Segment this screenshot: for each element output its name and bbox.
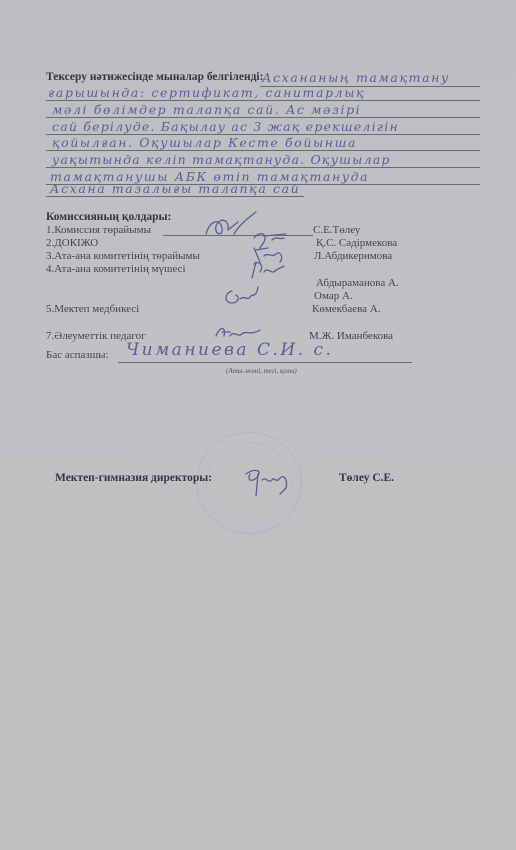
member-role-1: 1.Комиссия төрайымы xyxy=(46,224,151,236)
handwritten-line-4: сай берілуде. Бақылау ас 3 жақ ерекшеліг… xyxy=(52,119,399,134)
findings-rule-3 xyxy=(46,117,480,118)
member-name-1: С.Е.Төлеу xyxy=(313,224,360,236)
member-name-6: Көмекбаева А. xyxy=(312,303,381,315)
handwritten-line-3: мәлі бөлімдер талапқа сай. Ас мәзірі xyxy=(52,102,361,117)
member-name-5: Омар А. xyxy=(314,290,353,302)
findings-rule-6 xyxy=(46,167,480,168)
handwritten-line-6: уақытында келіп тамақтануда. Оқушылар xyxy=(52,152,391,167)
head-cook-signature-line xyxy=(118,362,412,363)
handwritten-line-2: ғарышында: сертификат, санитарлық xyxy=(48,85,365,100)
member-name-4: Абдырамановa А. xyxy=(316,277,399,289)
signature-director xyxy=(240,466,296,500)
findings-label: Тексеру нәтижесінде мыналар белгіленді: xyxy=(46,71,263,83)
member-role-4: 4.Ата-ана комитетінің мүшесі xyxy=(46,263,186,275)
commission-heading: Комиссияның қолдары: xyxy=(46,211,171,223)
signature-nurse xyxy=(222,283,262,307)
member-role-6: 5.Мектеп медбикесі xyxy=(46,303,139,315)
signature-parent-member xyxy=(248,258,288,280)
document-page: Тексеру нәтижесінде мыналар белгіленді: … xyxy=(0,0,516,850)
findings-rule-8 xyxy=(46,196,304,197)
handwritten-line-8: Асхана тазалығы талапқа сай xyxy=(50,181,300,196)
member-role-3: 3.Ата-ана комитетінің төрайымы xyxy=(46,250,200,262)
signature-social-pedagogue xyxy=(210,322,264,342)
director-label: Мектеп-гимназия директоры: xyxy=(55,472,212,484)
member-name-2: Қ.С. Сәдірмекова xyxy=(316,237,397,249)
handwritten-line-5: қойылған. Оқушылар Кесте бойынша xyxy=(52,135,357,150)
director-name: Төлеу С.Е. xyxy=(339,472,394,484)
findings-rule-5 xyxy=(46,150,480,151)
findings-rule-2 xyxy=(46,100,480,101)
head-cook-handwritten: Чиманиева С.И. с. xyxy=(126,340,333,360)
member-name-3: Л.Абдикеримова xyxy=(314,250,392,262)
member-role-2: 2.ДОКІЖО xyxy=(46,237,98,249)
head-cook-label: Бас аспазшы: xyxy=(46,349,109,361)
head-cook-caption: (Аты-жөні, тегі, қолы) xyxy=(226,367,297,375)
handwritten-line-1: Асхананың тамақтану xyxy=(262,70,450,85)
